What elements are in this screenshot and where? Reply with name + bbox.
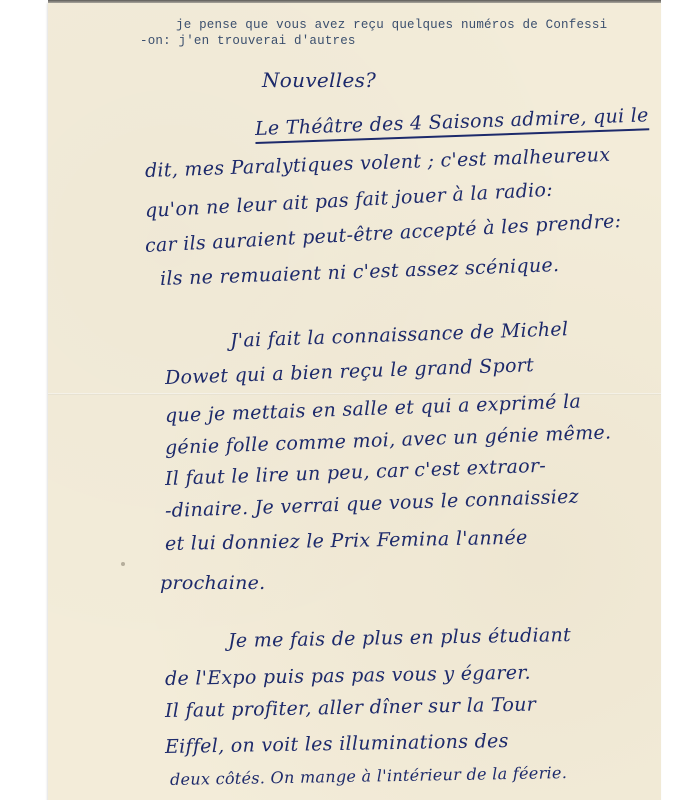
paper-speck (121, 562, 125, 566)
typed-line-1: je pense que vous avez reçu quelques num… (176, 18, 607, 32)
typed-line-2: -on: j'en trouverai d'autres (140, 34, 356, 48)
handwritten-line-14: prochaine. (160, 572, 266, 594)
handwritten-line-nouvelles: Nouvelles? (262, 68, 376, 92)
